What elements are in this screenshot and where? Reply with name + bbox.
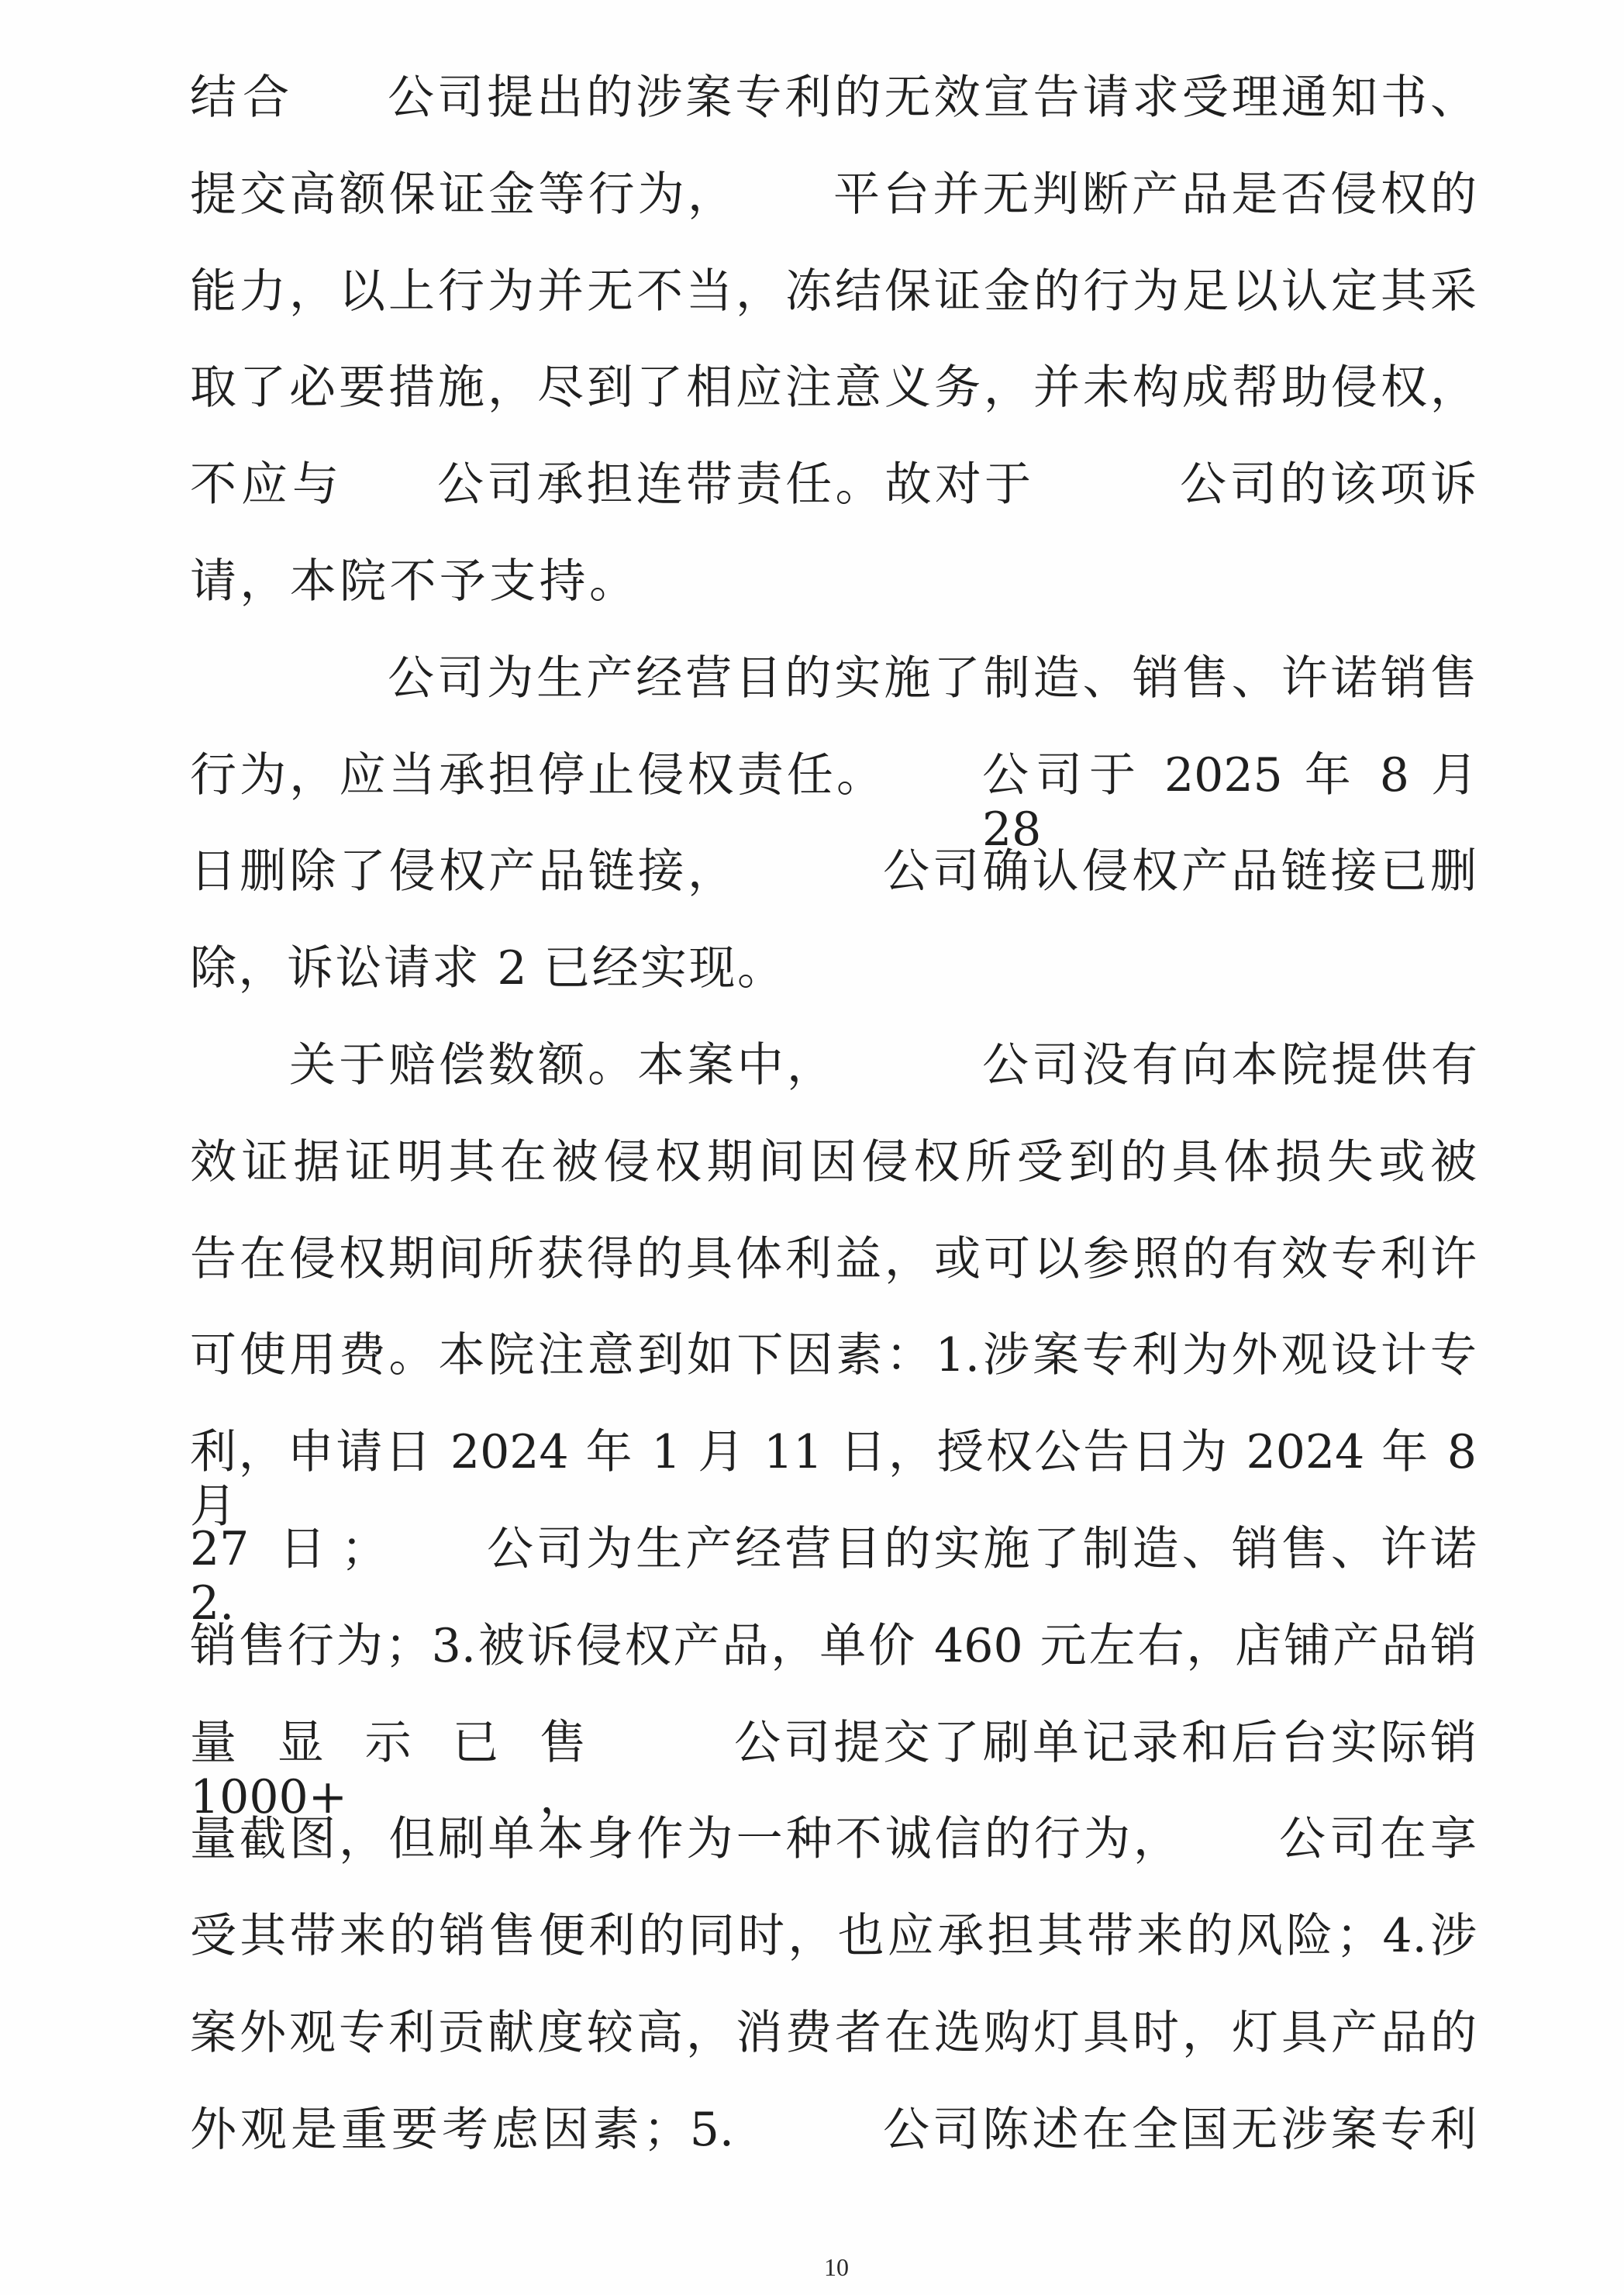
text-line-19b: 公司在享 bbox=[1279, 1812, 1477, 1866]
text-line-17: 销售行为；3.被诉侵权产品，单价 460 元左右，店铺产品销 bbox=[190, 1619, 1477, 1673]
text-line-10: 除，诉讼请求 2 已经实现。 bbox=[190, 941, 784, 996]
text-line-22a: 外观是重要考虑因素；5. bbox=[190, 2103, 734, 2157]
text-line-6: 请，本院不予支持。 bbox=[190, 554, 636, 609]
text-line-1b: 公司提出的涉案专利的无效宣告请求受理通知书、 bbox=[388, 71, 1477, 125]
text-line-18a: 量显示已售 1000+， bbox=[190, 1716, 586, 1770]
text-line-11a: 关于赔偿数额。本案中， bbox=[289, 1038, 833, 1092]
text-line-9b: 公司确认侵权产品链接已删 bbox=[883, 844, 1477, 899]
text-line-19a: 量截图，但刷单本身作为一种不诚信的行为， bbox=[190, 1812, 1180, 1866]
text-line-16b: 公司为生产经营目的实施了制造、销售、许诺 bbox=[487, 1522, 1477, 1576]
text-line-20: 受其带来的销售便利的同时，也应承担其带来的风险；4.涉 bbox=[190, 1909, 1477, 1963]
text-line-5c: 公司的该项诉 bbox=[1180, 457, 1477, 512]
text-line-8a: 行为，应当承担停止侵权责任。 bbox=[190, 748, 883, 802]
text-line-5a: 不应与 bbox=[190, 457, 339, 512]
text-line-7: 公司为生产经营目的实施了制造、销售、许诺销售 bbox=[388, 651, 1477, 706]
text-line-21: 案外观专利贡献度较高，消费者在选购灯具时，灯具产品的 bbox=[190, 2006, 1477, 2060]
text-line-11b: 公司没有向本院提供有 bbox=[982, 1038, 1477, 1092]
text-line-13: 告在侵权期间所获得的具体利益，或可以参照的有效专利许 bbox=[190, 1232, 1477, 1286]
text-line-5b: 公司承担连带责任。故对于 bbox=[437, 457, 1031, 512]
text-line-3: 能力，以上行为并无不当，冻结保证金的行为足以认定其采 bbox=[190, 264, 1477, 319]
document-page: 结合 公司提出的涉案专利的无效宣告请求受理通知书、 提交高额保证金等行为， 平台… bbox=[0, 0, 1624, 2295]
text-line-2b: 平台并无判断产品是否侵权的 bbox=[833, 167, 1477, 222]
text-line-15: 利，申请日 2024 年 1 月 11 日，授权公告日为 2024 年 8 月 bbox=[190, 1425, 1477, 1479]
text-line-12: 效证据证明其在被侵权期间因侵权所受到的具体损失或被 bbox=[190, 1135, 1477, 1189]
text-line-18b: 公司提交了刷单记录和后台实际销 bbox=[734, 1716, 1477, 1770]
text-line-16a: 27 日；2. bbox=[190, 1522, 388, 1576]
text-line-8b: 公司于 2025 年 8 月 28 bbox=[982, 748, 1477, 802]
text-line-9a: 日删除了侵权产品链接， bbox=[190, 844, 734, 899]
text-line-22b: 公司陈述在全国无涉案专利 bbox=[883, 2103, 1477, 2157]
text-line-4: 取了必要措施，尽到了相应注意义务，并未构成帮助侵权， bbox=[190, 361, 1477, 415]
page-number: 10 bbox=[812, 2253, 861, 2281]
text-line-2a: 提交高额保证金等行为， bbox=[190, 167, 734, 222]
text-line-1a: 结合 bbox=[190, 71, 289, 125]
text-line-14: 可使用费。本院注意到如下因素：1.涉案专利为外观设计专 bbox=[190, 1328, 1477, 1382]
